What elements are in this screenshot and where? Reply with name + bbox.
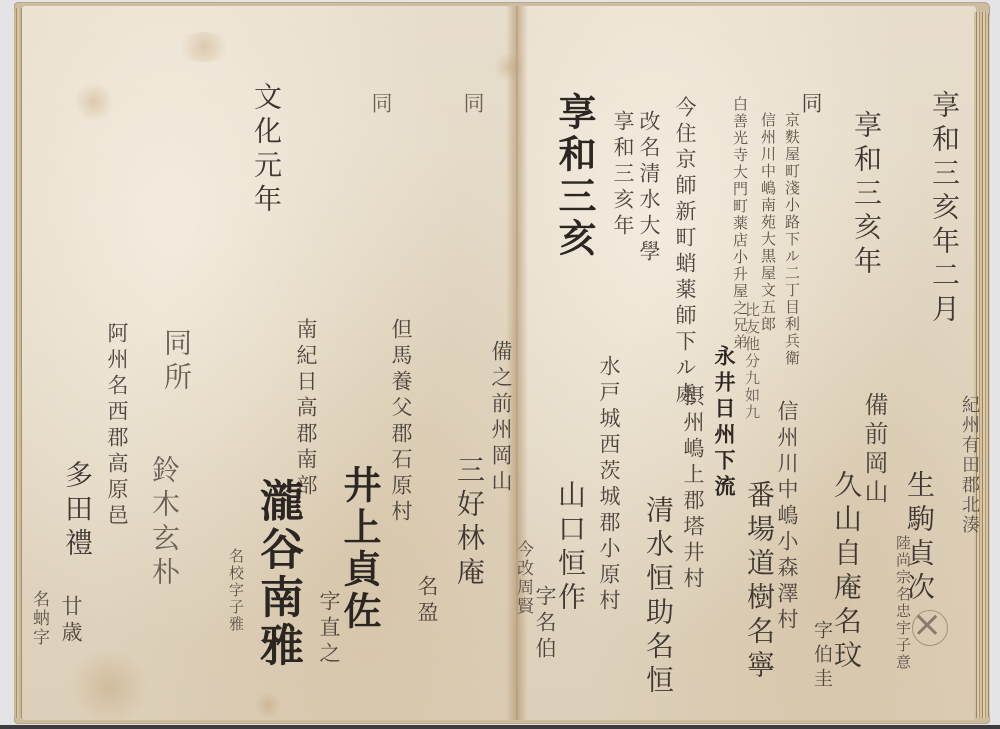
entry-name: 番場道樹名寧 <box>745 480 773 684</box>
entry-name-note: 字名伯 <box>534 585 555 663</box>
paper-stain <box>254 692 282 718</box>
entry-origin: 備之前州岡山 <box>490 340 511 496</box>
address-note: 京麩屋町淺小路下ル二丁目利兵衛 <box>784 112 799 367</box>
entry-origin: 摂州嶋上郡塔井村 <box>682 385 703 593</box>
entry-name-note: 字伯圭 <box>812 620 831 692</box>
entry-age: 廿歳 <box>60 595 81 647</box>
address-note: 信州川中嶋南苑大黒屋文五郎 <box>760 112 775 333</box>
book-right-edge <box>974 12 990 718</box>
entry-date: 享和三亥 <box>555 92 593 260</box>
entry-name: 清水恒助名恒 <box>644 495 672 699</box>
paper-stain <box>74 82 114 122</box>
bottom-bar <box>0 725 1000 729</box>
entry-origin: 阿州名西郡高原邑 <box>106 322 127 530</box>
renamed-note: 今改周賢 <box>514 540 531 616</box>
ditto-mark: 同 <box>462 92 483 118</box>
paper-stain <box>174 32 234 62</box>
origin-note: 紀州有田郡北湊 <box>960 395 978 535</box>
entry-name: 山口恒作 <box>556 480 584 616</box>
entry-origin: 水戸城西茨城郡小原村 <box>598 355 619 615</box>
paper-stain <box>64 652 154 722</box>
paper-stain <box>494 52 524 82</box>
entry-origin: 備前岡山 <box>862 392 886 508</box>
entry-origin: 南紀日高郡南部 <box>295 318 316 500</box>
entry-name: 鈴木玄朴 <box>150 455 178 591</box>
address-note: 比友他分九如九 <box>744 302 759 421</box>
entry-name-note: 名蚋字 <box>30 590 47 647</box>
entry-origin: 信州川中嶋小森澤村 <box>776 400 797 634</box>
entry-name-note: 字直之 <box>318 590 339 668</box>
entry-name-note: 名校字子雅 <box>228 548 243 633</box>
entry-name: 井上貞佐 <box>340 465 378 633</box>
ditto-mark: 同 <box>800 92 821 118</box>
address-note: 今住京師新町蛸薬師下ル處 <box>674 96 695 408</box>
entry-name: 多田禮 <box>63 460 91 562</box>
ditto-mark: 同所 <box>162 328 190 396</box>
entry-date: 文化元年 <box>252 82 280 218</box>
entry-name: 三好林庵 <box>455 455 483 591</box>
entry-date: 享和三亥年 <box>612 110 633 240</box>
renamed-note: 改名清水大學 <box>638 110 659 266</box>
entry-origin: 但馬養父郡石原村 <box>390 318 411 526</box>
entry-name-note: 名盈 <box>416 575 437 627</box>
date-heading: 享和三亥年二月 <box>930 90 958 328</box>
entry-origin: 永井日州下流 <box>714 345 735 501</box>
entry-name: 瀧谷南雅 <box>255 478 299 670</box>
entry-name-note: 陸尚宗名忠宇子意 <box>895 535 910 671</box>
x-mark-icon: × <box>912 604 942 645</box>
entry-name: 久山自庵名玟 <box>832 470 860 674</box>
entry-date: 享和三亥年 <box>852 110 880 280</box>
ditto-mark: 同 <box>370 92 391 118</box>
